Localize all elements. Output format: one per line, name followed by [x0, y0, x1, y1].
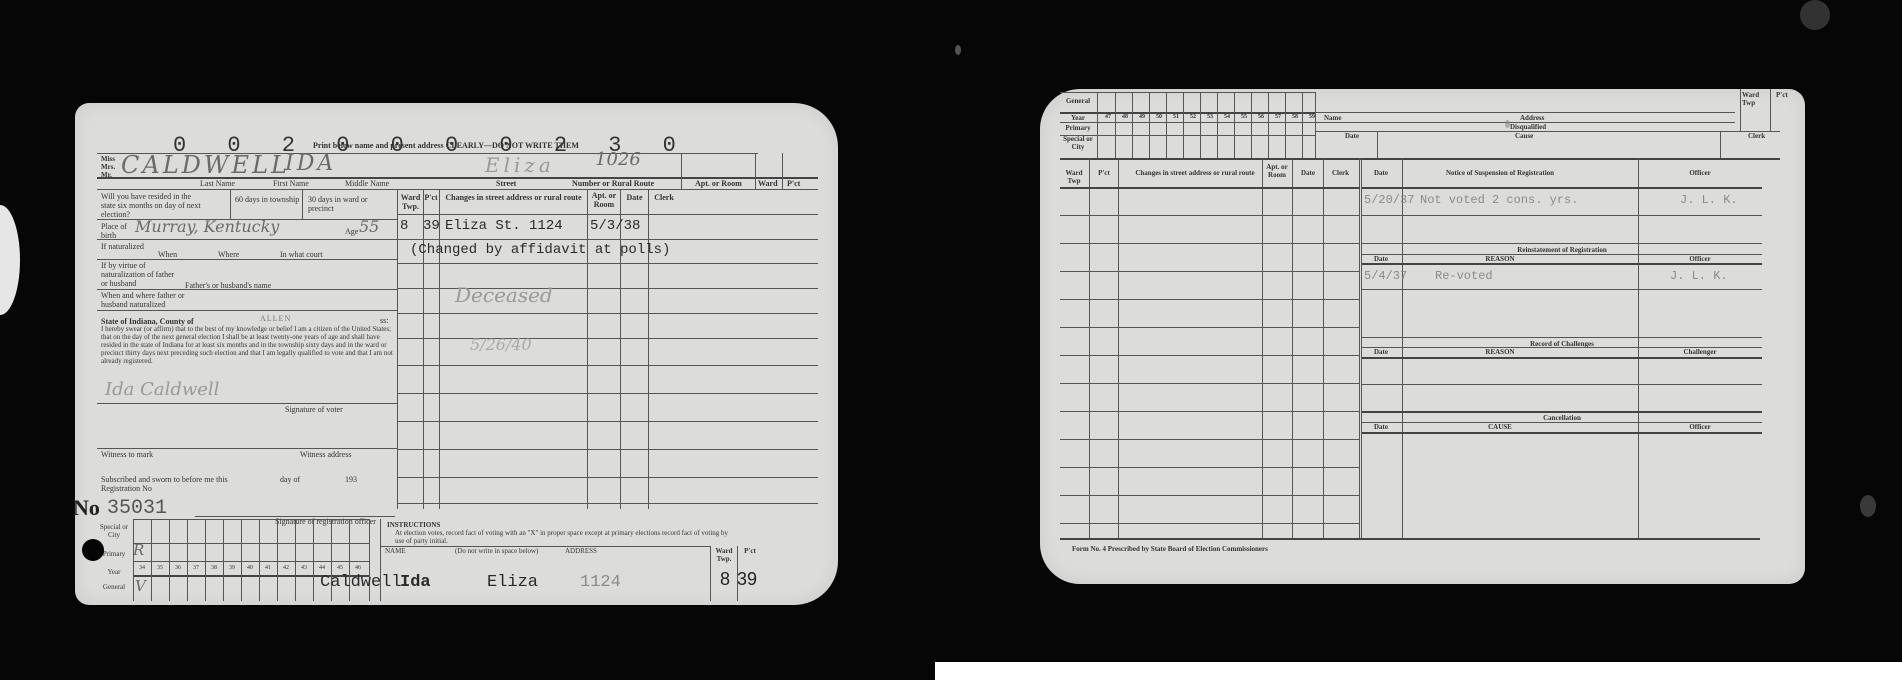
county-value: ALLEN: [260, 314, 291, 323]
grid-label-special: Special or City: [95, 523, 133, 539]
year-41: 41: [259, 565, 277, 571]
challenges-header-date: Date: [1362, 348, 1400, 356]
registration-no-prefix: No: [73, 495, 100, 521]
scan-border-strip: [935, 662, 1902, 680]
footer-last-name: Caldwell: [320, 573, 402, 592]
footer-first-name: Ida: [400, 573, 431, 592]
reinstatement-header-reason: REASON: [1405, 255, 1595, 263]
film-speck: [1505, 120, 1510, 128]
punch-hole: [82, 539, 104, 561]
challenges-header-challenger: Challenger: [1640, 348, 1760, 356]
birth-label: Place of birth: [101, 222, 129, 240]
instructions-heading: INSTRUCTIONS: [387, 521, 440, 529]
naturalized-court-label: In what court: [280, 250, 323, 259]
footer-address-label: ADDRESS: [565, 547, 597, 555]
witness-address-label: Witness address: [300, 450, 351, 459]
footer-name-label: NAME: [385, 547, 406, 555]
subscribed-day-label: day of: [280, 475, 300, 484]
back-changes-header-date: Date: [1293, 169, 1323, 177]
reinstatement-header-date: Date: [1362, 255, 1400, 263]
disq-pct-label: P'ct: [1776, 91, 1788, 99]
disq-address-label: Address: [1520, 114, 1544, 122]
last-name-label: Last Name: [200, 179, 235, 188]
oath-text: I hereby swear (or affirm) that to the b…: [101, 325, 401, 373]
suspension-header-date: Date: [1362, 169, 1400, 177]
year-35: 35: [151, 565, 169, 571]
film-edge-artifact: [0, 205, 20, 315]
year-43: 43: [295, 565, 313, 571]
year-59: 59: [1303, 114, 1321, 120]
grid-label-general: General: [95, 583, 133, 591]
year-36: 36: [169, 565, 187, 571]
suspension-row-1-officer: J. L. K.: [1680, 193, 1738, 207]
film-speck: [1860, 495, 1876, 517]
back-changes-header-pct: P'ct: [1090, 169, 1118, 177]
title-prefix: Miss Mrs. Mr.: [101, 155, 115, 179]
disq-clerk-label: Clerk: [1748, 132, 1765, 140]
witness-mark-label: Witness to mark: [101, 450, 153, 459]
subscribed-text: Subscribed and sworn to before me this: [101, 475, 228, 484]
suspension-row-1-date: 5/20/37: [1364, 193, 1414, 207]
ward-label: Ward: [758, 179, 778, 188]
changes-header-ward: Ward Twp.: [398, 193, 423, 211]
year-37: 37: [187, 565, 205, 571]
naturalized-where-label: Where: [218, 250, 239, 259]
age-value: 55: [359, 217, 379, 236]
reinstatement-heading: Reinstatement of Registration: [1362, 246, 1762, 254]
middle-name-label: Middle Name: [345, 179, 389, 188]
deceased-note: Deceased: [455, 283, 553, 307]
back-grid-label-year: Year: [1060, 114, 1096, 122]
film-speck: [1800, 0, 1830, 30]
back-changes-header-address: Changes in street address or rural route: [1120, 169, 1270, 177]
change-row-1-address: Eliza St. 1124: [445, 218, 563, 234]
year-42: 42: [277, 565, 295, 571]
apt-label: Apt. or Room: [695, 179, 742, 188]
oath-ss: ss:: [380, 316, 388, 325]
year-46: 46: [349, 565, 367, 571]
grid-label-year: Year: [95, 568, 133, 576]
ward-days-label: 30 days in ward or precinct: [308, 195, 388, 213]
disq-heading: Disqualified: [1510, 123, 1546, 131]
reinstatement-row-1-reason: Re-voted: [1435, 269, 1493, 283]
change-row-1-ward: 8: [400, 218, 408, 234]
change-row-1-pct: 39: [423, 218, 440, 234]
instructions-text: At election votes, record fact of voting…: [395, 529, 735, 545]
back-changes-header-clerk: Clerk: [1323, 169, 1358, 177]
street-value: Eliza: [485, 153, 555, 177]
film-speck: [955, 45, 961, 55]
primary-mark: R: [133, 541, 144, 559]
voter-signature: Ida Caldwell: [105, 379, 219, 400]
deceased-date: 5/26/40: [470, 335, 532, 354]
back-changes-header-apt: Apt. or Room: [1262, 163, 1292, 179]
cancellation-heading: Cancellation: [1362, 414, 1762, 422]
reinstatement-header-officer: Officer: [1640, 255, 1760, 263]
number-value: 1026: [595, 149, 641, 170]
first-name-value: IDA: [285, 151, 336, 176]
changes-header-apt: Apt. or Room: [588, 191, 620, 209]
suspension-row-1-notice: Not voted 2 cons. yrs.: [1420, 193, 1578, 207]
year-45: 45: [331, 565, 349, 571]
when-where-label: When and where father or husband natural…: [101, 291, 201, 309]
reinstatement-row-1-officer: J. L. K.: [1670, 269, 1728, 283]
age-label: Age: [345, 227, 358, 236]
first-name-label: First Name: [273, 179, 309, 188]
footer-pct: 39: [737, 569, 757, 590]
disq-name-label: Name: [1324, 114, 1342, 122]
subscribed-year: 193: [345, 475, 357, 484]
back-grid-label-primary: Primary: [1060, 124, 1096, 132]
footer-do-not-write: (Do not write in space below): [455, 547, 538, 555]
naturalized-when-label: When: [158, 250, 177, 259]
disq-date-label: Date: [1345, 132, 1359, 140]
header-instruction: Print below name and present address CLE…: [313, 141, 579, 150]
residence-question: Will you have resided in the state six m…: [101, 192, 201, 219]
changes-header-clerk: Clerk: [649, 193, 679, 202]
registration-label: Registration No: [101, 484, 152, 493]
last-name-value: CALDWELL: [121, 151, 290, 179]
disq-cause-label: Cause: [1515, 132, 1533, 140]
footer-number: 1124: [580, 573, 621, 592]
street-label: Street: [496, 179, 516, 188]
changes-header-pct: P'ct: [423, 193, 439, 202]
year-44: 44: [313, 565, 331, 571]
registration-card-back: General Year Primary Special or City 47 …: [1040, 89, 1805, 584]
year-39: 39: [223, 565, 241, 571]
number-label: Number or Rural Route: [572, 179, 654, 188]
footer-pct-label: P'ct: [738, 547, 762, 555]
registration-card-front: 0 0 2 0 0 0 0 2 3 0 Print below name and…: [75, 103, 838, 605]
changes-header-address: Changes in street address or rural route: [441, 193, 586, 202]
signature-label: Signature of voter: [285, 405, 343, 414]
general-mark: V: [135, 577, 146, 595]
naturalized-label: If naturalized: [101, 242, 151, 251]
change-row-1-date: 5/3/38: [590, 218, 640, 234]
form-footer: Form No. 4 Prescribed by State Board of …: [1072, 545, 1268, 553]
reinstatement-row-1-date: 5/4/37: [1364, 269, 1407, 283]
year-40: 40: [241, 565, 259, 571]
cancellation-header-cause: CAUSE: [1405, 423, 1595, 431]
registration-number: 35031: [107, 497, 167, 520]
township-label: 60 days in township: [235, 195, 305, 204]
year-38: 38: [205, 565, 223, 571]
disq-ward-label: Ward Twp: [1742, 91, 1768, 107]
suspension-header-notice: Notice of Suspension of Registration: [1405, 169, 1595, 177]
pct-label: P'ct: [787, 179, 800, 188]
back-changes-header-ward: Ward Twp: [1060, 169, 1088, 185]
birth-value: Murray, Kentucky: [135, 217, 279, 236]
year-34: 34: [133, 565, 151, 571]
virtue-label: If by virtue of naturalization of father…: [101, 261, 176, 288]
changes-header-date: Date: [621, 193, 648, 202]
footer-street: Eliza: [487, 573, 538, 592]
suspension-header-officer: Officer: [1640, 169, 1760, 177]
cancellation-header-officer: Officer: [1640, 423, 1760, 431]
back-grid-label-special: Special or City: [1060, 135, 1096, 151]
challenges-header-reason: REASON: [1405, 348, 1595, 356]
footer-ward-label: Ward Twp.: [711, 547, 737, 563]
change-row-2-note: (Changed by affidavit at polls): [410, 242, 670, 258]
back-grid-label-general: General: [1060, 97, 1096, 105]
footer-ward: 8: [720, 569, 730, 590]
cancellation-header-date: Date: [1362, 423, 1400, 431]
